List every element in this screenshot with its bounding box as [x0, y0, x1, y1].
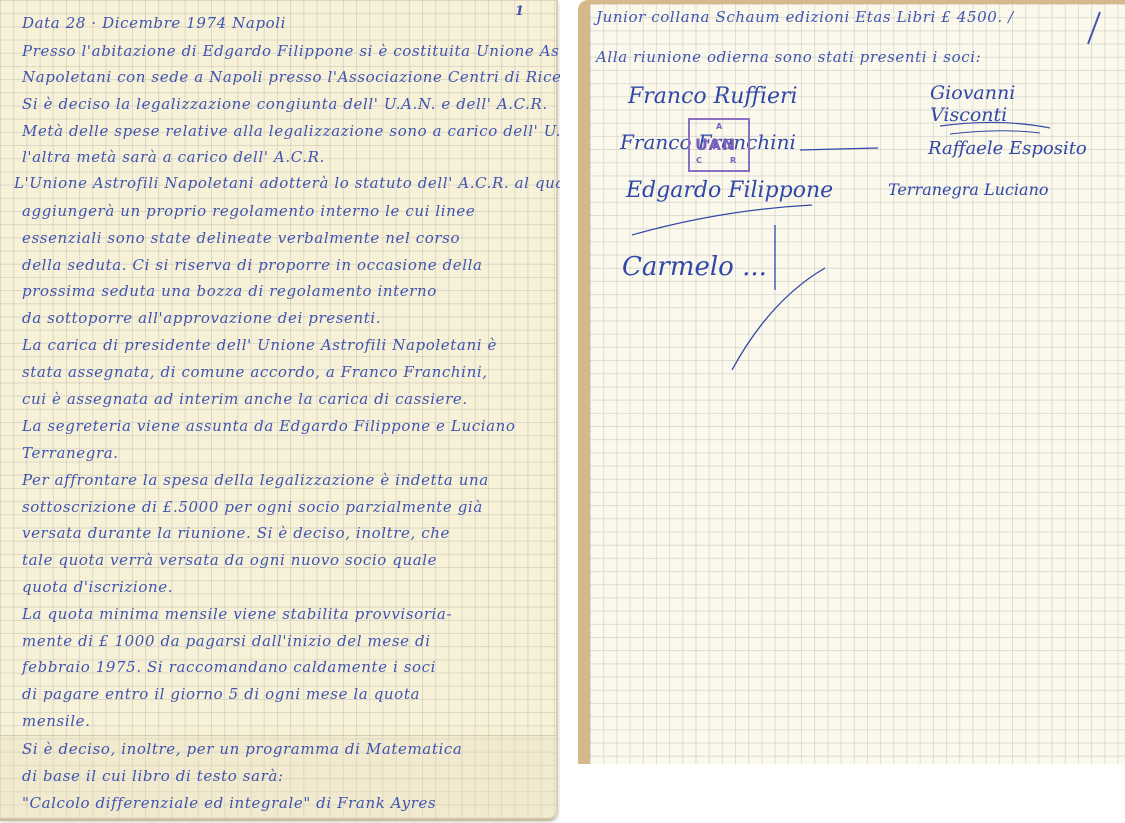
signature: Edgardo Filippone: [626, 178, 833, 203]
text-line: Si è deciso, inoltre, per un programma d…: [22, 740, 462, 758]
stamp-letter: C: [696, 156, 702, 165]
text-line: versata durante la riunione. Si è deciso…: [22, 524, 450, 542]
signature: Raffaele Esposito: [928, 138, 1087, 159]
text-line: mensile.: [22, 712, 91, 730]
uan-acr-stamp: A UAN C R: [688, 118, 750, 172]
notebook-page-right: [578, 0, 1125, 764]
text-line: cui è assegnata ad interim anche la cari…: [22, 390, 468, 408]
stamp-letter: A: [716, 122, 722, 131]
text-line: essenziali sono state delineate verbalme…: [22, 229, 460, 247]
text-line: tale quota verrà versata da ogni nuovo s…: [22, 551, 437, 569]
signature: Terranegra Luciano: [888, 180, 1049, 199]
text-line: Junior collana Schaum edizioni Etas Libr…: [596, 8, 1014, 26]
text-line: "Calcolo differenziale ed integrale" di …: [22, 794, 436, 812]
signature: Giovanni Visconti: [930, 82, 1040, 126]
text-line: Napoletani con sede a Napoli presso l'As…: [22, 68, 593, 86]
page-number: 1: [515, 4, 525, 19]
text-line: di pagare entro il giorno 5 di ogni mese…: [22, 685, 420, 703]
text-line: Terranegra.: [22, 444, 119, 462]
page-gap: [560, 0, 578, 823]
text-line: Presso l'abitazione di Edgardo Filippone…: [22, 42, 606, 60]
text-line: La segreteria viene assunta da Edgardo F…: [22, 417, 516, 435]
text-line: prossima seduta una bozza di regolamento…: [22, 282, 437, 300]
text-line: febbraio 1975. Si raccomandano caldament…: [22, 658, 436, 676]
text-line: La carica di presidente dell' Unione Ast…: [22, 336, 497, 354]
stamp-letter: R: [730, 156, 736, 165]
text-line: aggiungerà un proprio regolamento intern…: [22, 202, 475, 220]
text-line: di base il cui libro di testo sarà:: [22, 767, 284, 785]
text-line: della seduta. Ci si riserva di proporre …: [22, 256, 483, 274]
text-line: Per affrontare la spesa della legalizzaz…: [22, 471, 489, 489]
text-line: Metà delle spese relative alla legalizza…: [22, 122, 601, 140]
text-line: da sottoporre all'approvazione dei prese…: [22, 309, 381, 327]
notebook-page-left: 1 Data 28 · Dicembre 1974 Napoli Presso …: [0, 0, 558, 821]
attendees-heading: Alla riunione odierna sono stati present…: [596, 48, 981, 66]
text-line: mente di £ 1000 da pagarsi dall'inizio d…: [22, 632, 431, 650]
date-line: Data 28 · Dicembre 1974 Napoli: [22, 14, 286, 32]
text-line: quota d'iscrizione.: [22, 578, 173, 596]
stamp-main-text: UAN: [695, 135, 736, 154]
text-line: Si è deciso la legalizzazione congiunta …: [22, 95, 548, 113]
text-line: l'altra metà sarà a carico dell' A.C.R.: [22, 148, 325, 166]
text-line: L'Unione Astrofili Napoletani adotterà l…: [14, 174, 580, 192]
signature: Carmelo ...: [622, 252, 767, 282]
signature: Franco Ruffieri: [628, 84, 798, 109]
text-line: La quota minima mensile viene stabilita …: [22, 605, 452, 623]
text-line: sottoscrizione di £.5000 per ogni socio …: [22, 498, 483, 516]
text-line: stata assegnata, di comune accordo, a Fr…: [22, 363, 488, 381]
